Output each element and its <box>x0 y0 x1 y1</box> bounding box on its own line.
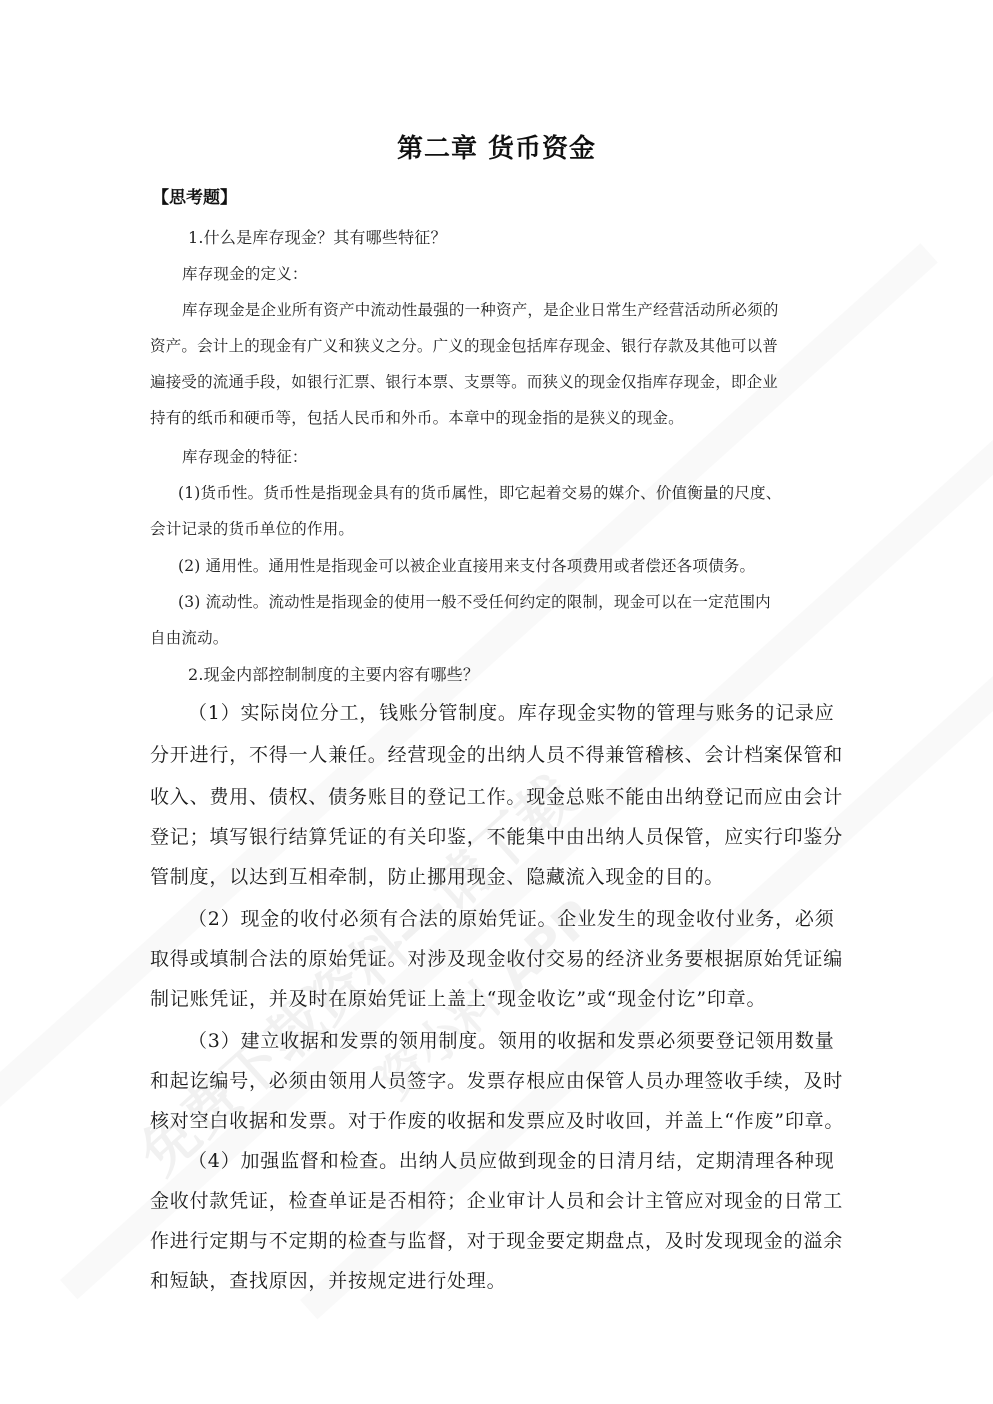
paragraph-line: 资产。会计上的现金有广义和狭义之分。广义的现金包括库存现金、银行存款及其他可以普 <box>150 334 845 356</box>
paragraph-line: 库存现金的定义： <box>182 262 877 284</box>
paragraph-line: (3) 流动性。流动性是指现金的使用一般不受任何约定的限制，现金可以在一定范围内 <box>178 590 873 612</box>
paragraph-line: 金收付款凭证，检查单证是否相符；企业审计人员和会计主管应对现金的日常工 <box>150 1186 845 1213</box>
paragraph-line: 和起讫编号，必须由领用人员签字。发票存根应由保管人员办理签收手续，及时 <box>150 1066 845 1093</box>
paragraph-line: 管制度，以达到互相牵制，防止挪用现金、隐藏流入现金的目的。 <box>150 862 845 889</box>
paragraph-line: （3）建立收据和发票的领用制度。领用的收据和发票必须要登记领用数量 <box>188 1026 883 1053</box>
paragraph-line: 作进行定期与不定期的检查与监督，对于现金要定期盘点，及时发现现金的溢余 <box>150 1226 845 1253</box>
paragraph-line: 收入、费用、债权、债务账目的登记工作。现金总账不能由出纳登记而应由会计 <box>150 782 845 809</box>
paragraph-line: (1)货币性。货币性是指现金具有的货币属性，即它起着交易的媒介、价值衡量的尺度、 <box>178 481 873 503</box>
paragraph-line: 会计记录的货币单位的作用。 <box>150 517 845 539</box>
paragraph-line: 制记账凭证，并及时在原始凭证上盖上“现金收讫”或“现金付讫”印章。 <box>150 984 845 1011</box>
paragraph-line: 和短缺，查找原因，并按规定进行处理。 <box>150 1266 845 1293</box>
paragraph-line: 核对空白收据和发票。对于作废的收据和发票应及时收回，并盖上“作废”印章。 <box>150 1106 845 1133</box>
document-page: 免费下载资料—请下载 资小料 APP 第二章 货币资金 【思考题】 1.什么是库… <box>0 0 993 1404</box>
question-heading: 1.什么是库存现金？其有哪些特征？ <box>188 225 883 248</box>
paragraph-line: （1）实际岗位分工，钱账分管制度。库存现金实物的管理与账务的记录应 <box>188 698 883 725</box>
chapter-title: 第二章 货币资金 <box>0 128 993 165</box>
paragraph-line: 自由流动。 <box>150 626 845 648</box>
paragraph-line: 取得或填制合法的原始凭证。对涉及现金收付交易的经济业务要根据原始凭证编 <box>150 944 845 971</box>
paragraph-line: 遍接受的流通手段，如银行汇票、银行本票、支票等。而狭义的现金仅指库存现金，即企业 <box>150 370 845 392</box>
paragraph-line: 分开进行，不得一人兼任。经营现金的出纳人员不得兼管稽核、会计档案保管和 <box>150 740 845 767</box>
paragraph-line: （2）现金的收付必须有合法的原始凭证。企业发生的现金收付业务，必须 <box>188 904 883 931</box>
paragraph-line: 登记；填写银行结算凭证的有关印鉴，不能集中由出纳人员保管，应实行印鉴分 <box>150 822 845 849</box>
paragraph-line: 库存现金的特征： <box>182 445 877 467</box>
paragraph-line: 库存现金是企业所有资产中流动性最强的一种资产，是企业日常生产经营活动所必须的 <box>182 298 877 320</box>
paragraph-line: 持有的纸币和硬币等，包括人民币和外币。本章中的现金指的是狭义的现金。 <box>150 406 845 428</box>
paragraph-line: （4）加强监督和检查。出纳人员应做到现金的日清月结，定期清理各种现 <box>188 1146 883 1173</box>
section-heading: 【思考题】 <box>152 183 237 208</box>
question-heading: 2.现金内部控制制度的主要内容有哪些？ <box>188 662 883 685</box>
paragraph-line: (2) 通用性。通用性是指现金可以被企业直接用来支付各项费用或者偿还各项债务。 <box>178 554 873 576</box>
